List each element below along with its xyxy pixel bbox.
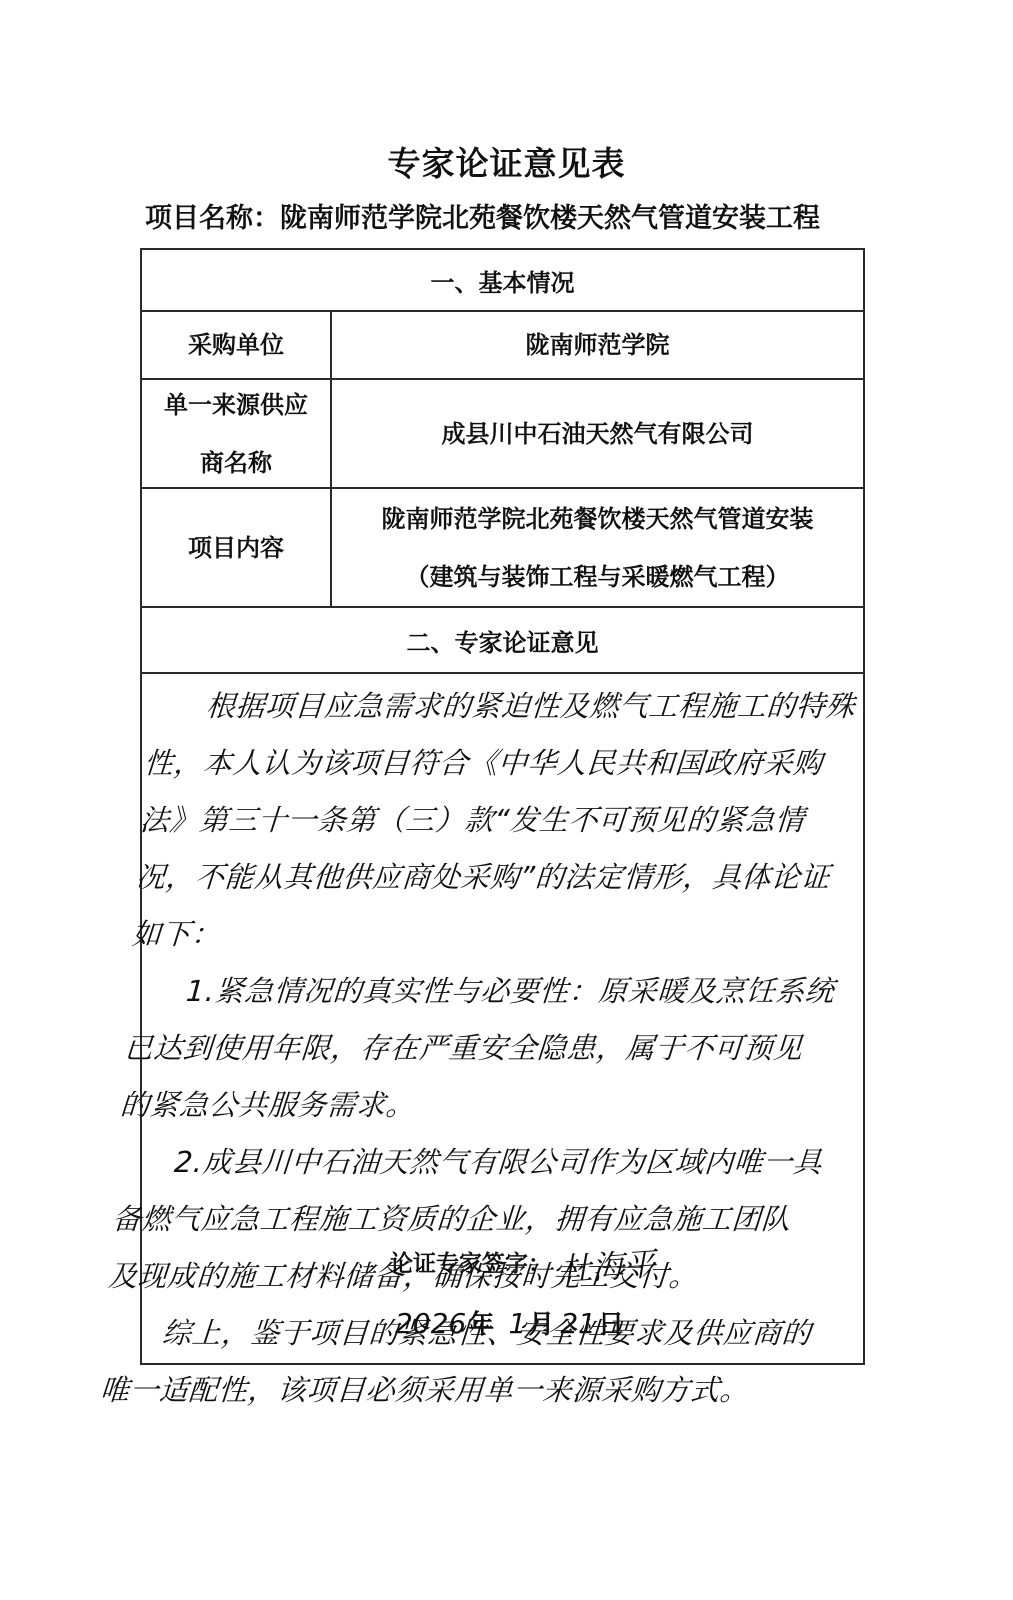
label-line: 商名称 bbox=[200, 434, 272, 492]
opinion-form-table: 一、基本情况 采购单位 陇南师范学院 单一来源供应 商名称 成县川中石油天然气有… bbox=[140, 248, 865, 1365]
project-name-value: 陇南师范学院北苑餐饮楼天然气管道安装工程 bbox=[280, 203, 820, 234]
document-title: 专家论证意见表 bbox=[0, 138, 1013, 185]
opinion-paragraph: 根据项目应急需求的紧迫性及燃气工程施工的特殊性，本人认为该项目符合《中华人民共和… bbox=[130, 678, 857, 963]
label-purchasing-unit: 采购单位 bbox=[142, 312, 332, 378]
expert-signature: 杜海平 bbox=[558, 1239, 657, 1292]
opinion-paragraph: 2.成县川中石油天然气有限公司作为区域内唯一具备燃气应急工程施工资质的企业，拥有… bbox=[106, 1134, 825, 1305]
section-basic-heading-text: 一、基本情况 bbox=[431, 263, 575, 298]
label-line: 单一来源供应 bbox=[164, 376, 308, 434]
date-year: 2026 bbox=[395, 1307, 466, 1340]
date-day: 21 bbox=[560, 1307, 596, 1340]
label-single-source-supplier: 单一来源供应 商名称 bbox=[142, 380, 332, 487]
label-line: 项目内容 bbox=[188, 519, 284, 577]
opinion-paragraph: 1.紧急情况的真实性与必要性：原采暖及烹饪系统已达到使用年限，存在严重安全隐患，… bbox=[118, 963, 837, 1134]
value-single-source-supplier: 成县川中石油天然气有限公司 bbox=[332, 380, 863, 487]
opinion-body: 根据项目应急需求的紧迫性及燃气工程施工的特殊性，本人认为该项目符合《中华人民共和… bbox=[142, 674, 863, 1363]
value-project-content: 陇南师范学院北苑餐饮楼天然气管道安装 （建筑与装饰工程与采暖燃气工程） bbox=[332, 489, 863, 606]
section-opinion-heading-text: 二、专家论证意见 bbox=[407, 623, 599, 658]
project-name-label: 项目名称： bbox=[145, 203, 280, 234]
row-single-source-supplier: 单一来源供应 商名称 成县川中石油天然气有限公司 bbox=[142, 380, 863, 489]
project-name-line: 项目名称：陇南师范学院北苑餐饮楼天然气管道安装工程 bbox=[145, 196, 820, 235]
value-line: 成县川中石油天然气有限公司 bbox=[442, 405, 754, 463]
section-opinion-heading: 二、专家论证意见 bbox=[142, 608, 863, 674]
signature-line: 论证专家签字： 杜海平 bbox=[142, 1232, 863, 1278]
label-project-content: 项目内容 bbox=[142, 489, 332, 606]
value-line: 陇南师范学院 bbox=[526, 316, 670, 374]
value-line: 陇南师范学院北苑餐饮楼天然气管道安装 bbox=[382, 490, 814, 548]
section-basic-heading: 一、基本情况 bbox=[142, 250, 863, 312]
value-line: （建筑与装饰工程与采暖燃气工程） bbox=[406, 548, 790, 606]
value-purchasing-unit: 陇南师范学院 bbox=[332, 312, 863, 378]
signature-label: 论证专家签字： bbox=[390, 1245, 551, 1278]
signature-date: 2026年 1月21日 bbox=[142, 1304, 863, 1341]
date-month: 1 bbox=[509, 1307, 527, 1340]
label-line: 采购单位 bbox=[188, 316, 284, 374]
row-purchasing-unit: 采购单位 陇南师范学院 bbox=[142, 312, 863, 380]
row-project-content: 项目内容 陇南师范学院北苑餐饮楼天然气管道安装 （建筑与装饰工程与采暖燃气工程） bbox=[142, 489, 863, 608]
date-month-unit: 月 bbox=[528, 1310, 554, 1340]
date-day-unit: 日 bbox=[598, 1310, 624, 1340]
date-year-unit: 年 bbox=[468, 1310, 494, 1340]
